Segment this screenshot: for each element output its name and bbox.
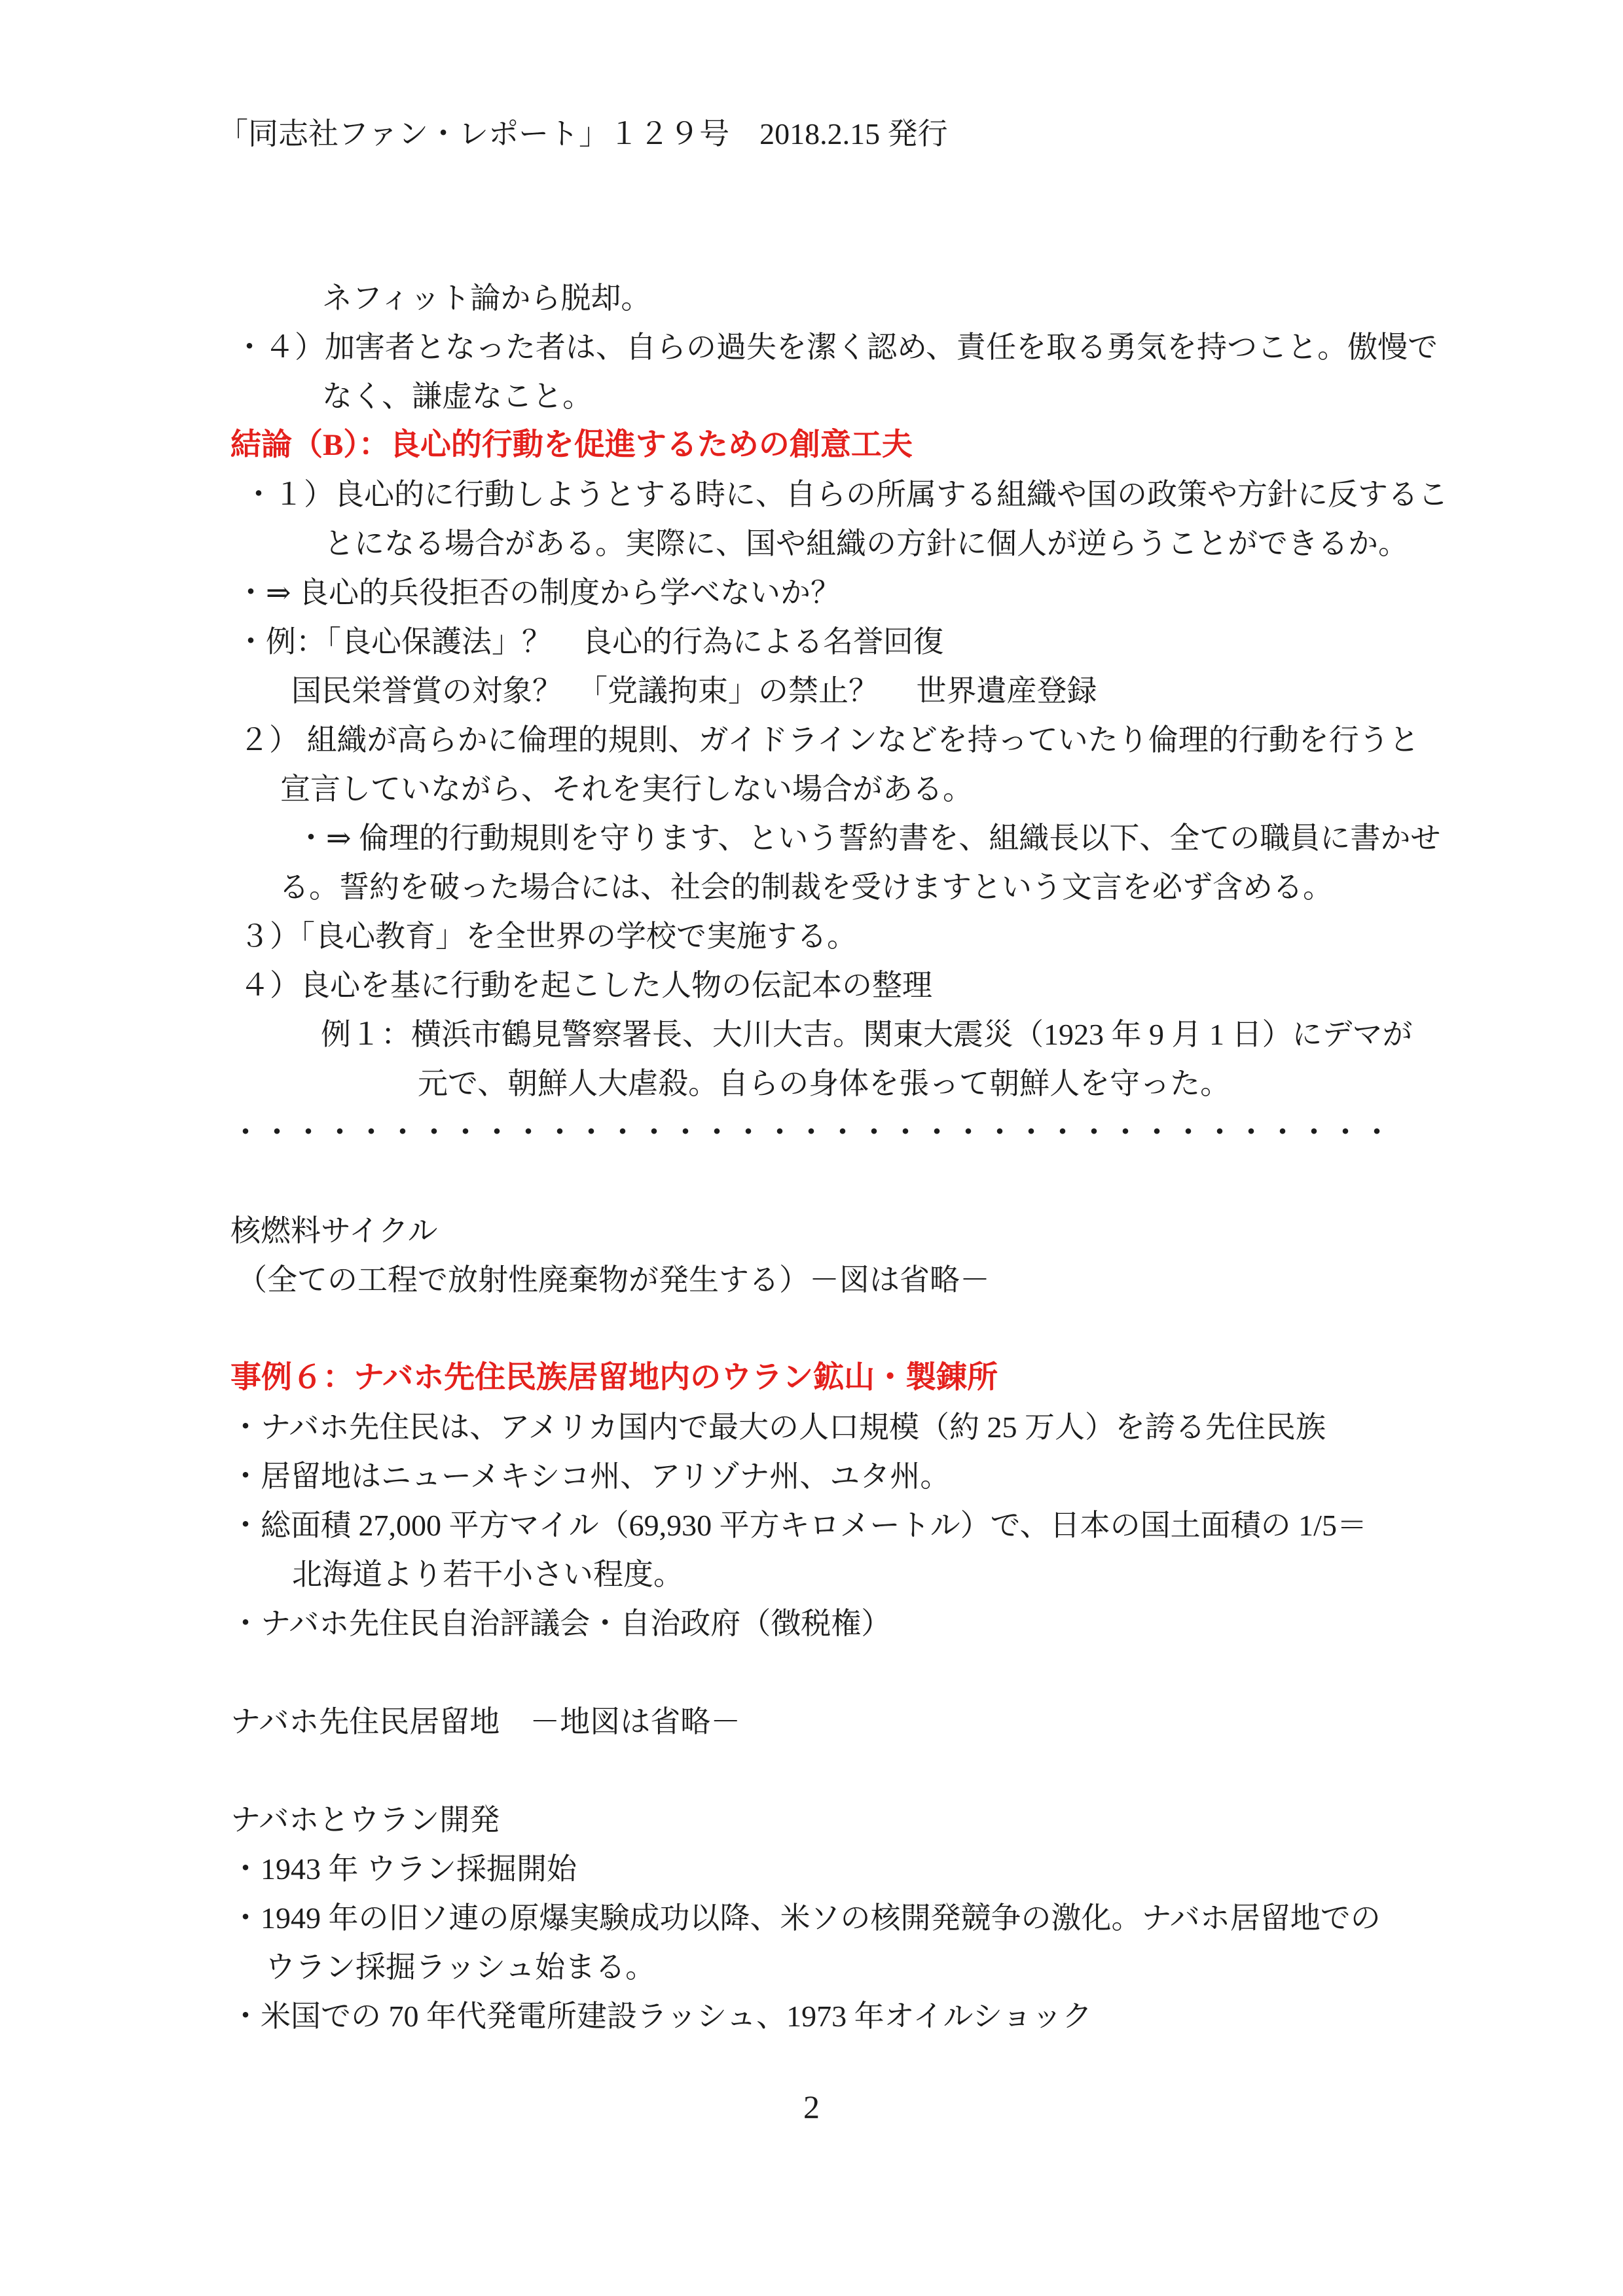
text-line: ネフィット論から脱却。 (230, 274, 1623, 323)
text-line: ・総面積 27,000 平方マイル（69,930 平方キロメートル）で、日本の国… (230, 1501, 1623, 1550)
blank-line (230, 1648, 1623, 1697)
text-line: とになる場合がある。実際に、国や組織の方針に個人が逆らうことができるか。 (230, 519, 1623, 568)
text-line: ・⇒ 倫理的行動規則を守ります、という誓約書を、組織長以下、全ての職員に書かせ (230, 814, 1623, 863)
text-line: ・１）良心的に行動しようとする時に、自らの所属する組織や国の政策や方針に反するこ (230, 470, 1623, 519)
text-line: ４）良心を基に行動を起こした人物の伝記本の整理 (230, 961, 1623, 1010)
section-heading: 事例６：ナバホ先住民族居留地内のウラン鉱山・製錬所 (230, 1354, 1623, 1403)
text-line: ・ナバホ先住民は、アメリカ国内で最大の人口規模（約 25 万人）を誇る先住民族 (230, 1403, 1623, 1452)
text-line: 宣言していながら、それを実行しない場合がある。 (230, 764, 1623, 814)
text-line: ・1943 年 ウラン採掘開始 (230, 1844, 1623, 1893)
text-line: （全ての工程で放射性廃棄物が発生する）－図は省略－ (230, 1255, 1623, 1304)
text-line: 北海道より若干小さい程度。 (230, 1550, 1623, 1599)
document-page: 「同志社ファン・レポート」１２９号 2018.2.15 発行 ネフィット論から脱… (0, 0, 1623, 2296)
text-line: 国民栄誉賞の対象？ 「党議拘束」の禁止？ 世界遺産登録 (230, 666, 1623, 715)
document-body: ネフィット論から脱却。・４）加害者となった者は、自らの過失を潔く認め、責任を取る… (230, 274, 1623, 2041)
text-line: ナバホとウラン開発 (230, 1795, 1623, 1844)
text-line: ・米国での 70 年代発電所建設ラッシュ、1973 年オイルショック (230, 1992, 1623, 2041)
text-line: ３）「良心教育」を全世界の学校で実施する。 (230, 912, 1623, 961)
text-line: 例１：横浜市鶴見警察署長、大川大吉。関東大震災（1923 年 9 月 1 日）に… (230, 1010, 1623, 1059)
dotted-separator: ・・・・・・・・・・・・・・・・・・・・・・・・・・・・・・・・・・・・・ (230, 1108, 1623, 1157)
text-line: ・４）加害者となった者は、自らの過失を潔く認め、責任を取る勇気を持つこと。傲慢で (230, 323, 1623, 372)
text-line: る。誓約を破った場合には、社会的制裁を受けますという文言を必ず含める。 (230, 863, 1623, 912)
text-line: 元で、朝鮮人大虐殺。自らの身体を張って朝鮮人を守った。 (230, 1059, 1623, 1108)
text-line: ・例：「良心保護法」？ 良心的行為による名誉回復 (230, 617, 1623, 666)
text-line: ２） 組織が高らかに倫理的規則、ガイドラインなどを持っていたり倫理的行動を行うと (230, 715, 1623, 764)
text-line: ウラン採掘ラッシュ始まる。 (230, 1943, 1623, 1992)
text-line: 核燃料サイクル (230, 1206, 1623, 1255)
blank-line (230, 1746, 1623, 1795)
section-heading: 結論（B）：良心的行動を促進するための創意工夫 (230, 421, 1623, 470)
text-line: ・居留地はニューメキシコ州、アリゾナ州、ユタ州。 (230, 1452, 1623, 1501)
blank-line (230, 1157, 1623, 1206)
text-line: ・⇒ 良心的兵役拒否の制度から学べないか？ (230, 568, 1623, 617)
newsletter-header: 「同志社ファン・レポート」１２９号 2018.2.15 発行 (218, 118, 948, 151)
text-line: なく、謙虚なこと。 (230, 372, 1623, 421)
text-line: ・ナバホ先住民自治評議会・自治政府（徴税権） (230, 1599, 1623, 1648)
text-line: ・1949 年の旧ソ連の原爆実験成功以降、米ソの核開発競争の激化。ナバホ居留地で… (230, 1893, 1623, 1943)
blank-line (230, 1304, 1623, 1354)
text-line: ナバホ先住民居留地 －地図は省略－ (230, 1697, 1623, 1746)
page-number: 2 (0, 2089, 1623, 2125)
